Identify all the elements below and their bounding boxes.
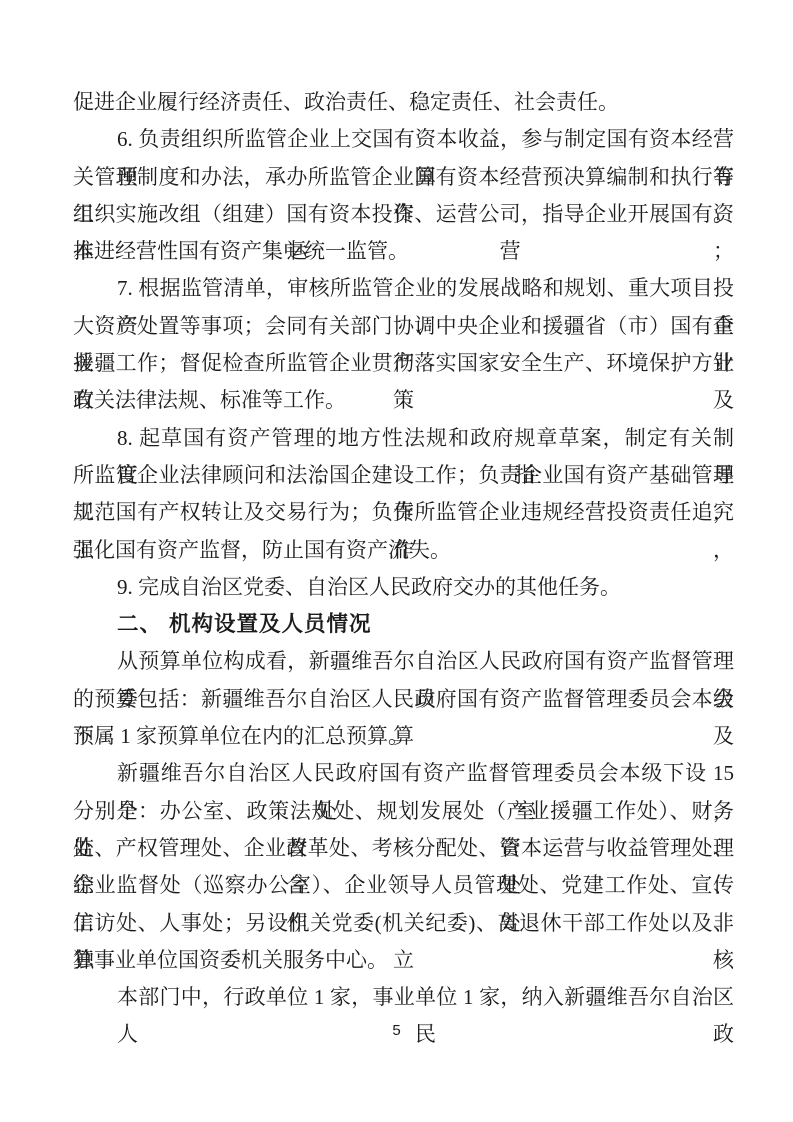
body-line: 本部门中，行政单位 1 家，事业单位 1 家，纳入新疆维吾尔自治区人民政 [73, 979, 734, 1016]
section-heading: 二、 机构设置及人员情况 [73, 606, 734, 643]
body-line: 规范国有产权转让及交易行为；负责所监管企业违规经营投资责任追究工作， [73, 494, 734, 531]
body-line: 所监管企业法律顾问和法治国企建设工作；负责企业国有资产基础管理工作， [73, 457, 734, 494]
body-line: 7. 根据监管清单，审核所监管企业的发展战略和规划、重大项目投资、重 [73, 270, 734, 307]
body-line: 新疆维吾尔自治区人民政府国有资产监督管理委员会本级下设 15 个处室， [73, 755, 734, 792]
body-line: 关管理制度和办法，承办所监管企业国有资本经营预决算编制和执行等工作。 [73, 159, 734, 196]
body-line: 大资产处置等事项；会同有关部门协调中央企业和援疆省（市）国有企业产业 [73, 308, 734, 345]
document-page: 促进企业履行经济责任、政治责任、稳定责任、社会责任。 6. 负责组织所监管企业上… [0, 0, 793, 1122]
body-line: 促进企业履行经济责任、政治责任、稳定责任、社会责任。 [73, 84, 734, 121]
body-line: 的预算包括：新疆维吾尔自治区人民政府国有资产监督管理委员会本级预算及 [73, 681, 734, 718]
document-body: 促进企业履行经济责任、政治责任、稳定责任、社会责任。 6. 负责组织所监管企业上… [73, 84, 734, 1016]
body-line: 8. 起草国有资产管理的地方性法规和政府规章草案，制定有关制度；指导 [73, 420, 734, 457]
body-line: 分别是：办公室、政策法规处、规划发展处（产业援疆工作处）、财务监督管理 [73, 793, 734, 830]
body-line: 从预算单位构成看，新疆维吾尔自治区人民政府国有资产监督管理委员会 [73, 643, 734, 680]
body-line: 处、产权管理处、企业改革处、考核分配处、资本运营与收益管理处、综合处、 [73, 830, 734, 867]
body-line: 信访处、人事处；另设机关党委(机关纪委)、离退休干部工作处以及非独立核 [73, 905, 734, 942]
body-line: 6. 负责组织所监管企业上交国有资本收益，参与制定国有资本经营预算有 [73, 121, 734, 158]
body-line: 组织实施改组（组建）国有资本投资、运营公司，指导企业开展国有资本运营； [73, 196, 734, 233]
body-line: 援疆工作；督促检查所监管企业贯彻落实国家安全生产、环境保护方针政策及 [73, 345, 734, 382]
page-number: 5 [0, 1021, 793, 1041]
body-line: 9. 完成自治区党委、自治区人民政府交办的其他任务。 [73, 569, 734, 606]
body-line: 企业监督处（巡察办公室）、企业领导人员管理处、党建工作处、宣传工作处、 [73, 867, 734, 904]
